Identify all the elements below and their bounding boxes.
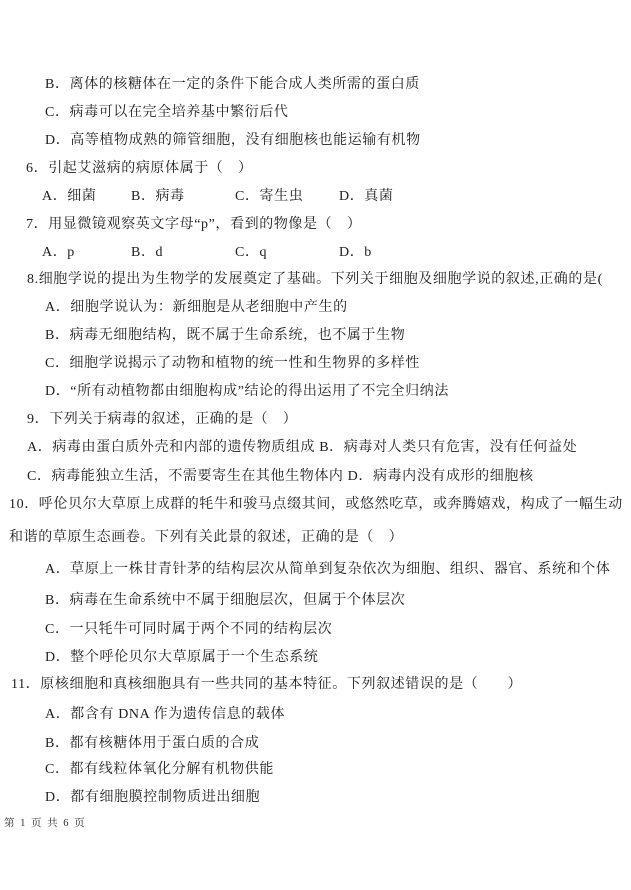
question-10-option-c: C．一只牦牛可同时属于两个不同的结构层次: [45, 621, 332, 638]
question-11-option-b: B．都有核糖体用于蛋白质的合成: [45, 735, 259, 752]
question-7-options-row: A．pB．dC．qD．b: [42, 244, 372, 261]
question-6-option-d: D．真菌: [339, 188, 394, 205]
question-8-option-a: A．细胞学说认为：新细胞是从老细胞中产生的: [45, 299, 348, 316]
question-8-option-b: B．病毒无细胞结构，既不属于生命系统，也不属于生物: [45, 327, 405, 344]
question-11-stem: 11．原核细胞和真核细胞具有一些共同的基本特征。下列叙述错误的是（ ）: [11, 676, 522, 693]
question-9-options-row-ab: A．病毒由蛋白质外壳和内部的遗传物质组成 B．病毒对人类只有危害，没有任何益处: [27, 439, 577, 456]
prev-question-option-b: B．离体的核糖体在一定的条件下能合成人类所需的蛋白质: [45, 76, 420, 93]
prev-question-option-c: C．病毒可以在完全培养基中繁衍后代: [45, 104, 289, 121]
question-9-options-row-cd: C．病毒能独立生活，不需要寄生在其他生物体内 D．病毒内没有成形的细胞核: [27, 468, 534, 485]
question-8-option-c: C．细胞学说揭示了动物和植物的统一性和生物界的多样性: [45, 355, 420, 372]
question-7-stem: 7．用显微镜观察英文字母“p”，看到的物像是（ ）: [26, 216, 361, 233]
question-7-option-b: B．d: [131, 244, 235, 261]
question-8-option-d: D．“所有动植物都由细胞构成”结论的得出运用了不完全归纳法: [45, 383, 449, 400]
prev-question-option-d: D．高等植物成熟的筛管细胞，没有细胞核也能运输有机物: [45, 132, 421, 149]
question-10-option-a: A．草原上一株甘青针茅的结构层次从简单到复杂依次为细胞、组织、器官、系统和个体: [45, 561, 611, 578]
page-number-footer: 第 1 页 共 6 页: [4, 815, 86, 830]
question-10-stem-line2: 和谐的草原生态画卷。下列有关此景的叙述，正确的是（ ）: [9, 529, 403, 546]
question-10-option-b: B．病毒在生命系统中不属于细胞层次，但属于个体层次: [45, 592, 405, 609]
question-6-options-row: A．细菌B．病毒C．寄生虫D．真菌: [42, 188, 394, 205]
question-7-option-a: A．p: [42, 244, 131, 261]
question-7-option-d: D．b: [339, 244, 372, 261]
question-11-option-d: D．都有细胞膜控制物质进出细胞: [45, 789, 260, 806]
question-6-stem: 6．引起艾滋病的病原体属于（ ）: [26, 160, 253, 177]
exam-document-page: B．离体的核糖体在一定的条件下能合成人类所需的蛋白质 C．病毒可以在完全培养基中…: [0, 0, 631, 890]
question-11-option-c: C．都有线粒体氧化分解有机物供能: [45, 761, 274, 778]
question-10-stem-line1: 10．呼伦贝尔大草原上成群的牦牛和骏马点缀其间，或悠然吃草，或奔腾嬉戏，构成了一…: [9, 496, 623, 513]
question-8-stem: 8.细胞学说的提出为生物学的发展奠定了基础。下列关于细胞及细胞学说的叙述,正确的…: [27, 271, 631, 288]
question-7-option-c: C．q: [235, 244, 339, 261]
question-6-option-c: C．寄生虫: [235, 188, 339, 205]
question-9-stem: 9．下列关于病毒的叙述，正确的是（ ）: [27, 411, 297, 428]
question-11-option-a: A．都含有 DNA 作为遗传信息的载体: [45, 706, 285, 723]
question-10-option-d: D．整个呼伦贝尔大草原属于一个生态系统: [45, 649, 319, 666]
question-6-option-b: B．病毒: [131, 188, 235, 205]
question-6-option-a: A．细菌: [42, 188, 131, 205]
